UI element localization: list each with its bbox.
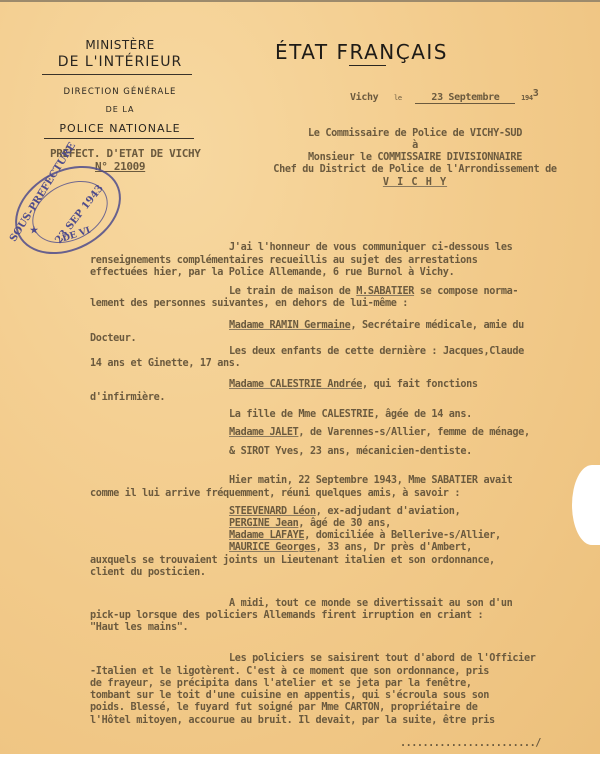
body-line: effectuées hier, par la Police Allemande… xyxy=(90,267,454,280)
torn-edge xyxy=(572,465,600,545)
body-line: renseignements complémentaires recueilli… xyxy=(90,255,478,268)
text: , âgé de 30 ans, xyxy=(298,518,391,529)
body-line: STEEVENARD Léon, ex-adjudant d'aviation, xyxy=(229,506,460,519)
body-line: Madame CALESTRIE Andrée, qui fait foncti… xyxy=(229,379,478,392)
divider xyxy=(42,74,192,75)
divider xyxy=(44,138,194,139)
person-name: Madame JALET xyxy=(229,427,298,438)
body-line: Les policiers se saisirent tout d'abord … xyxy=(229,653,536,666)
text: , domiciliée à Bellerive-s/Allier, xyxy=(304,530,501,541)
person-name: STEEVENARD Léon xyxy=(229,506,316,517)
body-line: Madame RAMIN Germaine, Secrétaire médica… xyxy=(229,320,524,333)
ministry-line1: MINISTÈRE xyxy=(40,38,200,52)
continuation-marker: ......................../ xyxy=(400,738,541,751)
body-line: La fille de Mme CALESTRIE, âgée de 14 an… xyxy=(229,409,472,422)
direction-label: DIRECTION GÉNÉRALE xyxy=(40,87,200,97)
body-line: MAURICE Georges, 33 ans, Dr près d'Amber… xyxy=(229,542,472,555)
body-line: auxquels se trouvaient joints un Lieuten… xyxy=(90,555,495,568)
year-suffix: 3 xyxy=(533,88,539,99)
to-marker: à xyxy=(250,140,580,151)
body-line: client du posticien. xyxy=(90,567,206,580)
body-line: PERGINE Jean, âgé de 30 ans, xyxy=(229,518,391,531)
body-line: Le train de maison de M.SABATIER se comp… xyxy=(229,286,518,299)
body-line: pick-up lorsque des policiers Allemands … xyxy=(90,610,483,623)
body-line: 14 ans et Ginette, 17 ans. xyxy=(90,358,240,371)
police-label: POLICE NATIONALE xyxy=(40,122,200,135)
date: 23 Septembre xyxy=(415,92,515,104)
state-title-text: ÉTAT FRANÇAIS xyxy=(275,40,448,64)
body-line: d'infirmière. xyxy=(90,392,165,405)
text: , qui fait fonctions xyxy=(362,379,478,390)
body-line: comme il lui arrive fréquemment, réuni q… xyxy=(90,488,460,501)
body-line: Madame LAFAYE, domiciliée à Bellerive-s/… xyxy=(229,530,501,543)
sender: Le Commissaire de Police de VICHY-SUD xyxy=(250,128,580,139)
person-name: MAURICE Georges xyxy=(229,542,316,553)
recipient-line2: Chef du District de Police de l'Arrondis… xyxy=(230,164,600,175)
recipient-line1: Monsieur le COMMISSAIRE DIVISIONNAIRE xyxy=(250,152,580,163)
body-line: de frayeur, se précipita dans l'atelier … xyxy=(90,678,472,691)
body-line: Les deux enfants de cette dernière : Jac… xyxy=(229,346,524,359)
body-line: "Haut les mains". xyxy=(90,622,188,635)
recipient-city: V I C H Y xyxy=(250,177,580,188)
state-title: ÉTAT FRANÇAIS xyxy=(275,40,448,64)
person-name: Madame RAMIN Germaine xyxy=(229,320,350,331)
text: Le train de maison de xyxy=(229,286,356,297)
text: , de Varennes-s/Allier, femme de ménage, xyxy=(298,427,529,438)
body-line: & SIROT Yves, 23 ans, mécanicien-dentist… xyxy=(229,446,472,459)
body-line: Hier matin, 22 Septembre 1943, Mme SABAT… xyxy=(229,475,512,488)
text: , Secrétaire médicale, amie du xyxy=(350,320,524,331)
body-line: Docteur. xyxy=(90,333,136,346)
de-la-label: DE LA xyxy=(40,105,200,114)
body-line: J'ai l'honneur de vous communiquer ci-de… xyxy=(229,242,512,255)
body-line: l'Hôtel mitoyen, accourue au bruit. Il d… xyxy=(90,715,495,728)
person-name: M.SABATIER xyxy=(356,286,414,297)
person-name: PERGINE Jean xyxy=(229,518,298,529)
body-line: Madame JALET, de Varennes-s/Allier, femm… xyxy=(229,427,530,440)
star-icon: ★ xyxy=(30,226,38,236)
text: , ex-adjudant d'aviation, xyxy=(316,506,461,517)
place: Vichy xyxy=(350,92,378,103)
ministry-line2: DE L'INTÉRIEUR xyxy=(40,54,200,70)
body-line: poids. Blessé, le fuyard fut soigné par … xyxy=(90,702,478,715)
le-label: le xyxy=(394,94,402,102)
body-line: lement des personnes suivantes, en dehor… xyxy=(90,298,408,311)
title-underline xyxy=(349,65,386,66)
year-prefix: 194 xyxy=(521,94,533,102)
dateline: Vichy le 23 Septembre 1943 xyxy=(350,92,538,104)
body-line: tombant sur le toit d'une cuisine en app… xyxy=(90,690,489,703)
body-line: A midi, tout ce monde se divertissait au… xyxy=(229,598,512,611)
document-page: MINISTÈRE DE L'INTÉRIEUR DIRECTION GÉNÉR… xyxy=(0,0,600,754)
text: se compose norma- xyxy=(414,286,518,297)
text: , 33 ans, Dr près d'Ambert, xyxy=(316,542,472,553)
body-line: -Italien et le ligotèrent. C'est à ce mo… xyxy=(90,666,489,679)
letterhead-left: MINISTÈRE DE L'INTÉRIEUR DIRECTION GÉNÉR… xyxy=(40,38,200,139)
person-name: Madame CALESTRIE Andrée xyxy=(229,379,362,390)
person-name: Madame LAFAYE xyxy=(229,530,304,541)
